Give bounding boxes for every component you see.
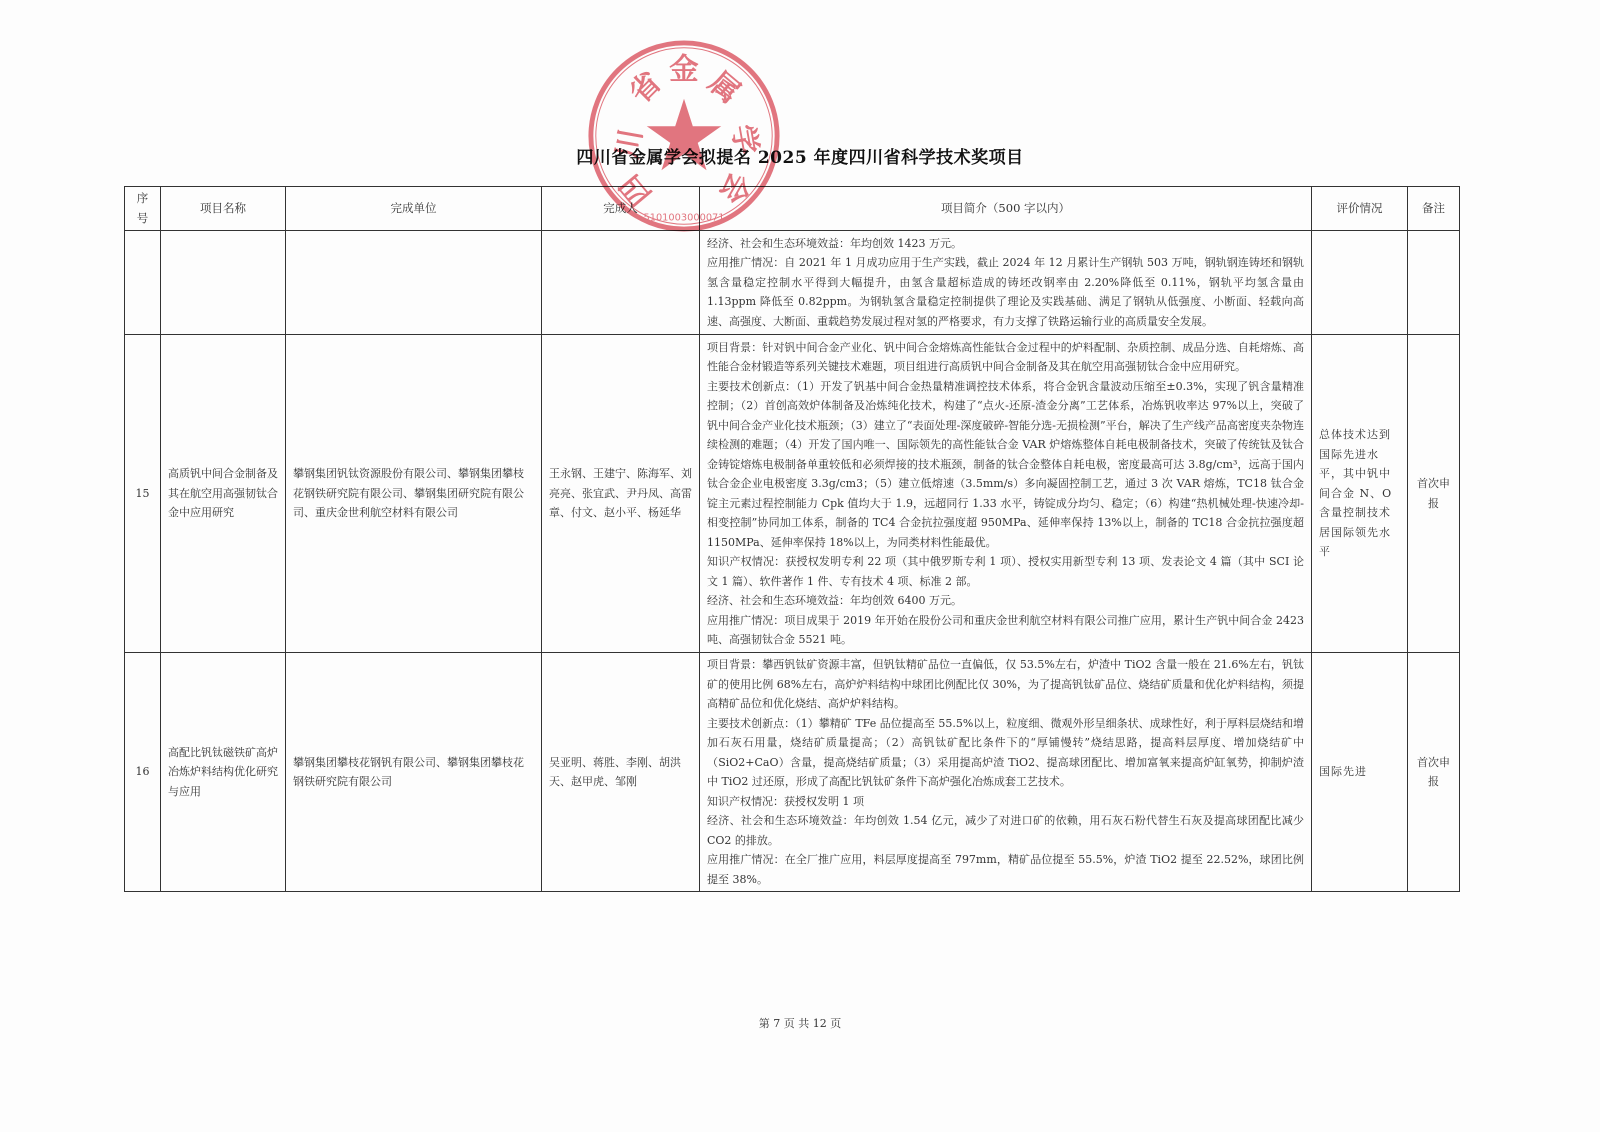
cell-name: 高配比钒钛磁铁矿高炉冶炼炉料结构优化研究与应用 xyxy=(161,653,286,892)
intro-benefit: 经济、社会和生态环境效益：年均创效 6400 万元。 xyxy=(707,591,1304,611)
intro-application: 应用推广情况：项目成果于 2019 年开始在股份公司和重庆金世利航空材料有限公司… xyxy=(707,611,1304,650)
intro-background: 项目背景：针对钒中间合金产业化、钒中间合金熔炼高性能钛合金过程中的炉料配制、杂质… xyxy=(707,338,1304,377)
cell-people: 王永钢、王建宁、陈海军、刘亮亮、张宜武、尹丹凤、高雷章、付文、赵小平、杨延华 xyxy=(542,335,700,653)
document-page: 川 省 金 属 学 会 四 5101003000071 四川省金属学会拟提名 2… xyxy=(0,0,1600,1132)
cell-remark: 首次申报 xyxy=(1408,335,1460,653)
cell-people: 吴亚明、蒋胜、李刚、胡洪天、赵甲虎、邹刚 xyxy=(542,653,700,892)
projects-table: 序号 项目名称 完成单位 完成人 项目简介（500 字以内） 评价情况 备注 经… xyxy=(124,186,1460,892)
table-header-row: 序号 项目名称 完成单位 完成人 项目简介（500 字以内） 评价情况 备注 xyxy=(125,187,1460,231)
table-row: 15 高质钒中间合金制备及其在航空用高强韧钛合金中应用研究 攀钢集团钒钛资源股份… xyxy=(125,335,1460,653)
cell-unit xyxy=(286,231,542,335)
header-unit: 完成单位 xyxy=(286,187,542,231)
intro-application: 应用推广情况：在全厂推广应用，料层厚度提高至 797mm，精矿品位提至 55.5… xyxy=(707,850,1304,889)
cell-unit: 攀钢集团钒钛资源股份有限公司、攀钢集团攀枝花钢铁研究院有限公司、攀钢集团研究院有… xyxy=(286,335,542,653)
header-remark: 备注 xyxy=(1408,187,1460,231)
table-row: 经济、社会和生态环境效益：年均创效 1423 万元。 应用推广情况：自 2021… xyxy=(125,231,1460,335)
cell-eval xyxy=(1312,231,1408,335)
cell-intro: 项目背景：针对钒中间合金产业化、钒中间合金熔炼高性能钛合金过程中的炉料配制、杂质… xyxy=(700,335,1312,653)
cell-no: 16 xyxy=(125,653,161,892)
intro-benefit: 经济、社会和生态环境效益：年均创效 1.54 亿元，减少了对进口矿的依赖，用石灰… xyxy=(707,811,1304,850)
cell-name xyxy=(161,231,286,335)
cell-intro: 项目背景：攀西钒钛矿资源丰富，但钒钛精矿品位一直偏低，仅 53.5%左右，炉渣中… xyxy=(700,653,1312,892)
intro-ip: 知识产权情况：获授权发明 1 项 xyxy=(707,792,1304,812)
cell-people xyxy=(542,231,700,335)
svg-text:金: 金 xyxy=(669,51,699,86)
intro-application: 应用推广情况：自 2021 年 1 月成功应用于生产实践，截止 2024 年 1… xyxy=(707,253,1304,331)
cell-no: 15 xyxy=(125,335,161,653)
header-no: 序号 xyxy=(125,187,161,231)
cell-unit: 攀钢集团攀枝花钢钒有限公司、攀钢集团攀枝花钢铁研究院有限公司 xyxy=(286,653,542,892)
cell-remark xyxy=(1408,231,1460,335)
intro-innovations: 主要技术创新点：（1）攀精矿 TFe 品位提高至 55.5%以上，粒度细、微观外… xyxy=(707,714,1304,792)
cell-eval: 总体技术达到国际先进水平，其中钒中间合金 N、O 含量控制技术居国际领先水平 xyxy=(1312,335,1408,653)
document-title: 四川省金属学会拟提名 2025 年度四川省科学技术奖项目 xyxy=(0,143,1600,168)
cell-intro: 经济、社会和生态环境效益：年均创效 1423 万元。 应用推广情况：自 2021… xyxy=(700,231,1312,335)
header-eval: 评价情况 xyxy=(1312,187,1408,231)
intro-benefit: 经济、社会和生态环境效益：年均创效 1423 万元。 xyxy=(707,234,1304,254)
cell-eval: 国际先进 xyxy=(1312,653,1408,892)
svg-text:属: 属 xyxy=(702,64,747,110)
svg-text:省: 省 xyxy=(622,64,668,110)
header-intro: 项目简介（500 字以内） xyxy=(700,187,1312,231)
page-number-footer: 第 7 页 共 12 页 xyxy=(0,1015,1600,1031)
header-name: 项目名称 xyxy=(161,187,286,231)
intro-ip: 知识产权情况：获授权发明专利 22 项（其中俄罗斯专利 1 项）、授权实用新型专… xyxy=(707,552,1304,591)
intro-innovations: 主要技术创新点：（1）开发了钒基中间合金热量精准调控技术体系，将合金钒含量波动压… xyxy=(707,377,1304,553)
intro-background: 项目背景：攀西钒钛矿资源丰富，但钒钛精矿品位一直偏低，仅 53.5%左右，炉渣中… xyxy=(707,655,1304,714)
header-people: 完成人 xyxy=(542,187,700,231)
table-row: 16 高配比钒钛磁铁矿高炉冶炼炉料结构优化研究与应用 攀钢集团攀枝花钢钒有限公司… xyxy=(125,653,1460,892)
cell-remark: 首次申报 xyxy=(1408,653,1460,892)
cell-name: 高质钒中间合金制备及其在航空用高强韧钛合金中应用研究 xyxy=(161,335,286,653)
cell-no xyxy=(125,231,161,335)
